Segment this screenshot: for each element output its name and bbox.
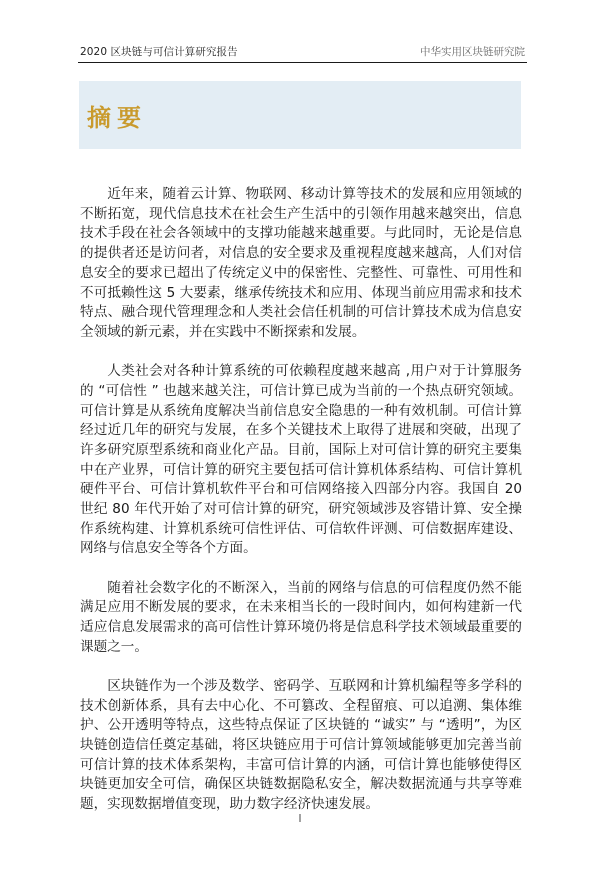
page-number: I [297, 812, 303, 825]
paragraph-1: 近年来，随着云计算、物联网、移动计算等技术的发展和应用领域的不断拓宽，现代信息技… [80, 185, 522, 343]
abstract-body: 近年来，随着云计算、物联网、移动计算等技术的发展和应用领域的不断拓宽，现代信息技… [80, 185, 522, 834]
paragraph-2: 人类社会对各种计算系统的可依赖程度越来越高 ,用户对于计算服务的 “可信性 ” … [80, 362, 522, 559]
paragraph-3: 随着社会数字化的不断深入，当前的网络与信息的可信程度仍然不能满足应用不断发展的要… [80, 579, 522, 658]
report-title-header: 2020 区块链与可信计算研究报告 [80, 44, 238, 59]
section-title-banner: 摘要 [79, 81, 521, 149]
paragraph-4: 区块链作为一个涉及数学、密码学、互联网和计算机编程等多学科的技术创新体系，具有去… [80, 677, 522, 815]
section-title: 摘要 [87, 98, 147, 133]
institute-name-header: 中华实用区块链研究院 [420, 44, 525, 59]
page-header: 2020 区块链与可信计算研究报告 中华实用区块链研究院 [78, 40, 527, 63]
